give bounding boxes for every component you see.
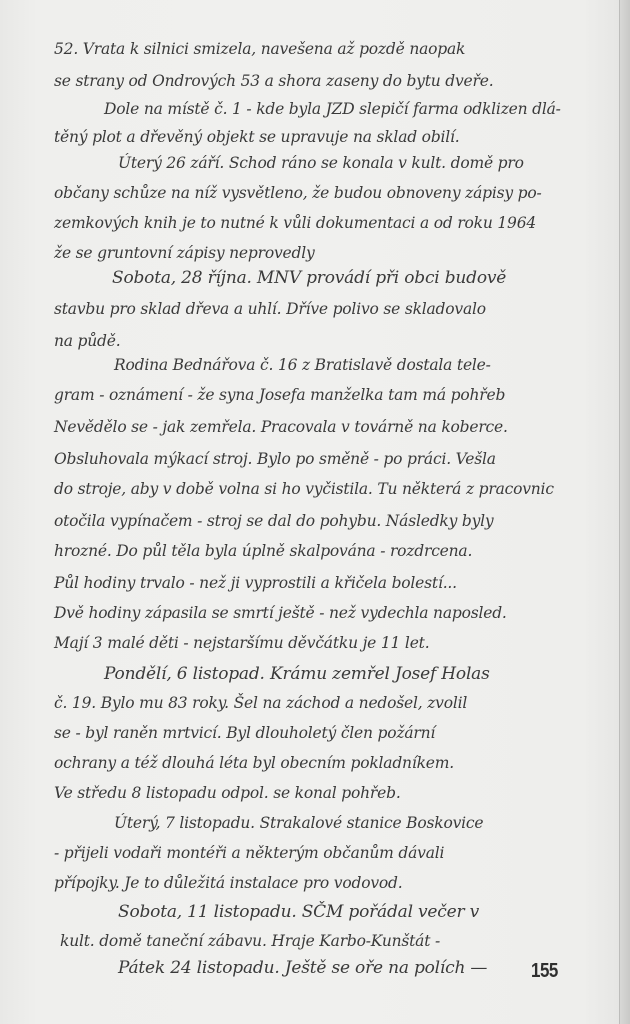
text-line: gram - oznámení - že syna Josefa manželk… <box>54 386 505 404</box>
text-line: 52. Vrata k silnici smizela, navešena až… <box>54 40 465 58</box>
text-line: otočila vypínačem - stroj se dal do pohy… <box>54 512 494 530</box>
text-line: Nevědělo se - jak zemřela. Pracovala v t… <box>54 418 508 436</box>
text-line: - přijeli vodaři montéři a některým obča… <box>54 844 444 862</box>
text-line: Obsluhovala mýkací stroj. Bylo po směně … <box>54 450 496 468</box>
text-line: že se gruntovní zápisy neprovedly <box>54 244 315 262</box>
entry-heading-line: Pondělí, 6 listopad. Krámu zemřel Josef … <box>104 664 490 684</box>
text-line: zemkových knih je to nutné k vůli dokume… <box>54 214 536 232</box>
text-line: Rodina Bednářova č. 16 z Bratislavě dost… <box>114 356 491 374</box>
text-line: ochrany a též dlouhá léta byl obecním po… <box>54 754 454 772</box>
text-line: Dvě hodiny zápasila se smrtí ještě - než… <box>54 604 507 622</box>
entry-heading-line: Pátek 24 listopadu. Ještě se oře na polí… <box>118 958 487 978</box>
text-line: na půdě. <box>54 332 120 350</box>
text-line: Úterý, 7 listopadu. Strakalové stanice B… <box>114 814 483 832</box>
text-line: kult. domě taneční zábavu. Hraje Karbo-K… <box>60 932 440 950</box>
text-line: do stroje, aby v době volna si ho vyčist… <box>54 480 554 498</box>
text-line: Úterý 26 září. Schod ráno se konala v ku… <box>118 154 524 172</box>
text-line: stavbu pro sklad dřeva a uhlí. Dříve pol… <box>54 300 486 318</box>
text-line: č. 19. Bylo mu 83 roky. Šel na záchod a … <box>54 694 467 712</box>
page-number: 155 <box>531 959 558 983</box>
scanned-page: 52. Vrata k silnici smizela, navešena až… <box>0 0 620 1024</box>
text-line: přípojky. Je to důležitá instalace pro v… <box>54 874 402 892</box>
text-line: Mají 3 malé děti - nejstaršímu děvčátku … <box>54 634 429 652</box>
book-page-edge <box>619 0 630 1024</box>
entry-heading-line: Sobota, 28 října. MNV provádí při obci b… <box>112 268 506 288</box>
text-line: Dole na místě č. 1 - kde byla JZD slepič… <box>104 100 561 118</box>
text-line: se strany od Ondrových 53 a shora zaseny… <box>54 72 493 90</box>
entry-heading-line: Sobota, 11 listopadu. SČM pořádal večer … <box>118 902 479 922</box>
text-line: Půl hodiny trvalo - než ji vyprostili a … <box>54 574 457 592</box>
text-line: hrozné. Do půl těla byla úplně skalpován… <box>54 542 472 560</box>
text-line: Ve středu 8 listopadu odpol. se konal po… <box>54 784 401 802</box>
text-line: se - byl raněn mrtvicí. Byl dlouholetý č… <box>54 724 435 742</box>
text-line: těný plot a dřevěný objekt se upravuje n… <box>54 128 460 146</box>
text-line: občany schůze na níž vysvětleno, že budo… <box>54 184 542 202</box>
